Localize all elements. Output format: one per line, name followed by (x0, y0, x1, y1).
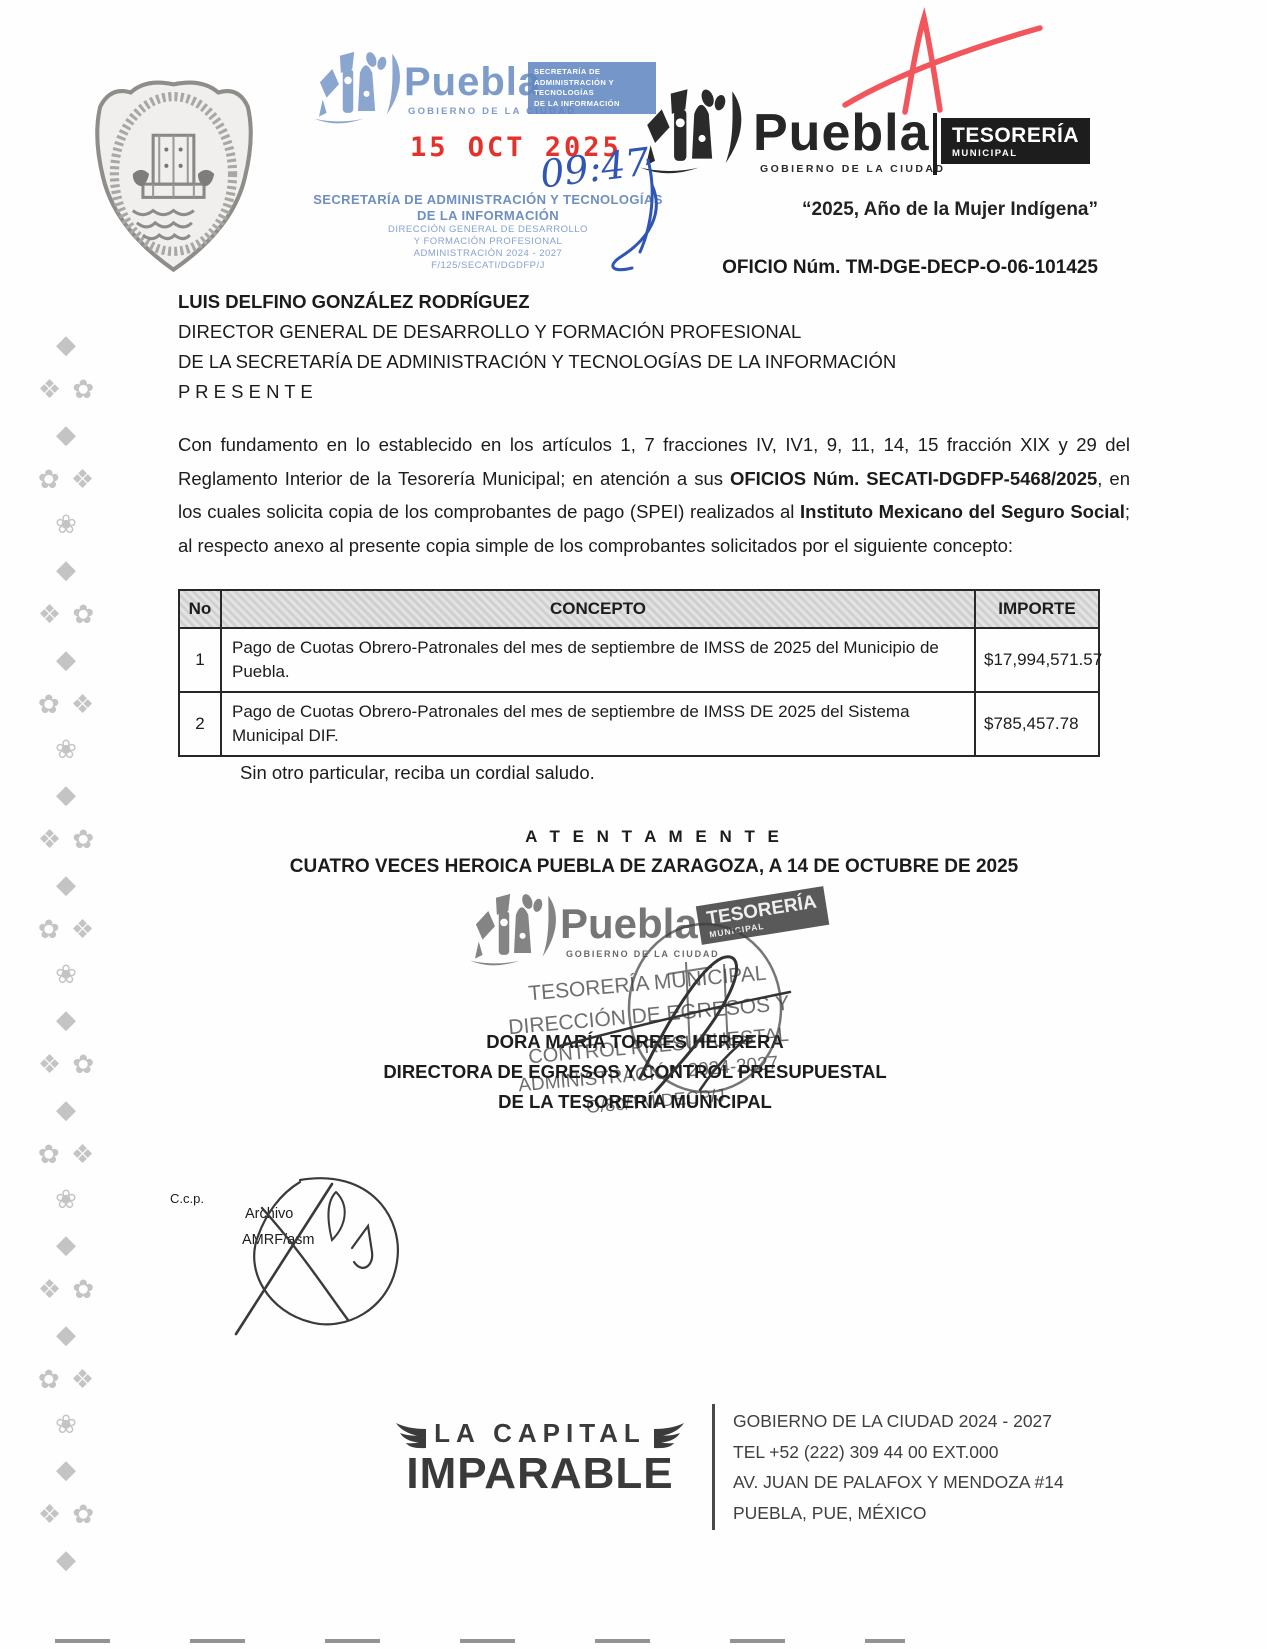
stamp-line: SECRETARÍA DE ADMINISTRACIÓN Y TECNOLOGÍ… (308, 192, 668, 208)
talavera-cluster-icon-black (636, 86, 748, 182)
talavera-cluster-icon-gray (466, 892, 562, 972)
stamp-line: Y FORMACIÓN PROFESIONAL (308, 236, 668, 248)
secretaria-box-line: ADMINISTRACIÓN Y TECNOLOGÍAS (534, 78, 650, 99)
signer-title2: DE LA TESORERÍA MUNICIPAL (298, 1091, 972, 1113)
ccp-label: C.c.p. (170, 1191, 204, 1206)
tesoreria-box-gray: TESORERÍA MUNICIPAL (696, 886, 829, 944)
footer-line: PUEBLA, PUE, MÉXICO (733, 1498, 1064, 1529)
body-paragraph: Con fundamento en lo establecido en los … (178, 428, 1130, 562)
slogan-line1: LA CAPITAL (434, 1418, 646, 1449)
puebla-wordmark-black: Puebla (753, 103, 930, 163)
row-importe: $785,457.78 (975, 692, 1099, 756)
row-importe: $17,994,571.57 (975, 628, 1099, 692)
imss-bold: Instituto Mexicano del Seguro Social (800, 501, 1125, 522)
signer-title: DIRECTORA DE EGRESOS Y CONTROL PRESUPUES… (298, 1061, 972, 1083)
municipal-label: MUNICIPAL (952, 149, 1079, 159)
secretaria-box-line: SECRETARÍA DE (534, 67, 650, 78)
puebla-wordmark-blue: Puebla (404, 60, 541, 105)
row-concepto: Pago de Cuotas Obrero-Patronales del mes… (221, 628, 975, 692)
addressee-secretariat: DE LA SECRETARÍA DE ADMINISTRACIÓN Y TEC… (178, 347, 896, 377)
logo-divider-bar (933, 113, 937, 175)
red-pen-annotation (845, 18, 1040, 112)
payments-table: No CONCEPTO IMPORTE 1 Pago de Cuotas Obr… (178, 589, 1100, 757)
addressee-presente: P R E S E N T E (178, 377, 896, 407)
secretaria-box-line: DE LA INFORMACIÓN (534, 99, 650, 110)
row-concepto: Pago de Cuotas Obrero-Patronales del mes… (221, 692, 975, 756)
scanner-edge-artifact (55, 1639, 905, 1643)
ccp-signature-scribble (236, 1178, 398, 1334)
col-header-concepto: CONCEPTO (221, 590, 975, 628)
puebla-wordmark-gray: Puebla (560, 900, 698, 948)
gobierno-tagline-black: GOBIERNO DE LA CIUDAD (760, 163, 945, 175)
col-header-no: No (179, 590, 221, 628)
oficios-reference-bold: OFICIOS Núm. SECATI-DGDFP-5468/2025 (730, 468, 1097, 489)
footer-line: GOBIERNO DE LA CIUDAD 2024 - 2027 (733, 1406, 1064, 1437)
footer-divider (712, 1404, 715, 1530)
footer-line: AV. JUAN DE PALAFOX Y MENDOZA #14 (733, 1467, 1064, 1498)
table-row: 1 Pago de Cuotas Obrero-Patronales del m… (179, 628, 1099, 692)
atentamente-line: A T E N T A M E N T E (178, 827, 1130, 847)
table-row: 2 Pago de Cuotas Obrero-Patronales del m… (179, 692, 1099, 756)
gobierno-tagline-gray: GOBIERNO DE LA CIUDAD (566, 949, 719, 959)
table-header-row: No CONCEPTO IMPORTE (179, 590, 1099, 628)
ccp-initials: AMRF/asm (242, 1232, 315, 1248)
closing-line: Sin otro particular, reciba un cordial s… (240, 762, 595, 784)
col-header-importe: IMPORTE (975, 590, 1099, 628)
department-stamp-text: SECRETARÍA DE ADMINISTRACIÓN Y TECNOLOGÍ… (308, 192, 668, 272)
city-date-line: CUATRO VECES HEROICA PUEBLA DE ZARAGOZA,… (128, 856, 1180, 878)
addressee-block: LUIS DELFINO GONZÁLEZ RODRÍGUEZ DIRECTOR… (178, 287, 896, 407)
wing-left-icon (394, 1419, 428, 1449)
stamp-line: ADMINISTRACIÓN 2024 - 2027 (308, 248, 668, 260)
row-number: 2 (179, 692, 221, 756)
year-motto: “2025, Año de la Mujer Indígena” (640, 199, 1098, 221)
tesoreria-municipal-box: TESORERÍA MUNICIPAL (941, 118, 1090, 164)
footer-contact-block: GOBIERNO DE LA CIUDAD 2024 - 2027 TEL +5… (733, 1406, 1064, 1528)
capital-imparable-logo: LA CAPITAL IMPARABLE (385, 1418, 695, 1499)
wing-right-icon (652, 1419, 686, 1449)
addressee-name: LUIS DELFINO GONZÁLEZ RODRÍGUEZ (178, 287, 896, 317)
scanned-official-letter: ◆ ❖ ✿ ◆ ✿ ❖ ❀ ◆ ❖ ✿ ◆ ✿ ❖ ❀ ◆ ❖ ✿ ◆ ✿ ❖ … (0, 0, 1267, 1649)
stamp-line: DE LA INFORMACIÓN (308, 208, 668, 224)
ccp-archivo: Archivo (245, 1206, 293, 1222)
stamp-line: F/125/SECATI/DGDFP/J (308, 260, 668, 272)
addressee-title: DIRECTOR GENERAL DE DESARROLLO Y FORMACI… (178, 317, 896, 347)
talavera-cluster-icon-blue (310, 50, 406, 130)
slogan-line2: IMPARABLE (385, 1449, 695, 1499)
row-number: 1 (179, 628, 221, 692)
talavera-border-pattern: ◆ ❖ ✿ ◆ ✿ ❖ ❀ ◆ ❖ ✿ ◆ ✿ ❖ ❀ ◆ ❖ ✿ ◆ ✿ ❖ … (20, 322, 114, 1584)
stamp-line: DIRECCIÓN GENERAL DE DESARROLLO (308, 224, 668, 236)
oficio-number: OFICIO Núm. TM-DGE-DECP-O-06-101425 (640, 257, 1098, 279)
tesoreria-label: TESORERÍA (952, 125, 1079, 146)
signer-name: DORA MARÍA TORRES HERRERA (298, 1031, 972, 1053)
municipal-crest-icon (90, 76, 258, 276)
footer-line: TEL +52 (222) 309 44 00 EXT.000 (733, 1437, 1064, 1468)
